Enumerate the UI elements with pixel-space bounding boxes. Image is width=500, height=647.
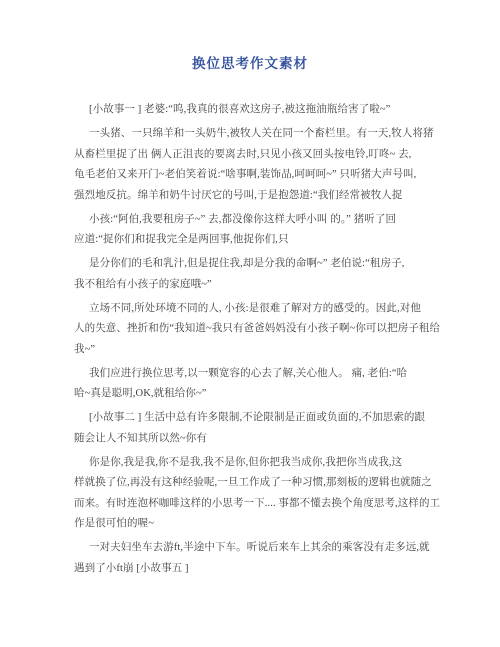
text-line: 人的失意、挫折和伤“我知道~我只有爸爸妈妈没有小孩子啊~你可以把房子租给 — [74, 319, 434, 340]
text-line: 龟毛老伯又来开门~老伯笑着说:“啥事啊,装饰品,呵呵呵~” 只听猪大声号叫, — [74, 165, 434, 186]
text-line: 立场不同,所处环境不同的人, 小孩:是很难了解对方的感受的。因此,对他 — [74, 299, 434, 320]
text-line: 作是很可怕的喔~ — [74, 514, 434, 535]
text-line: 应道:“捉你们和捉我完全是两回事,他捉你们,只 — [74, 230, 434, 251]
text-line: [小故事一 ] 老婆:“呜,我真的很喜欢这房子,被这拖油瓶给害了啦~” — [74, 100, 434, 121]
document-body: [小故事一 ] 老婆:“呜,我真的很喜欢这房子,被这拖油瓶给害了啦~”一头猪、一… — [74, 100, 434, 579]
document-title: 换位思考作文素材 — [0, 54, 500, 74]
text-line: 是分你们的毛和乳汁,但是捉住我,却是分我的命啊~” 老伯说:“租房子, — [74, 254, 434, 275]
document-page: 换位思考作文素材 [小故事一 ] 老婆:“呜,我真的很喜欢这房子,被这拖油瓶给害… — [0, 0, 500, 647]
text-line: [小故事二 ] 生活中总有许多限制,不论限制是正面或负面的,不加思索的跟 — [74, 408, 434, 429]
text-line: 而来。有时连泡杯咖啡这样的小思考一下.... 事都不懂去换个角度思考,这样的工 — [74, 494, 434, 515]
text-line: 我不租给有小孩子的家庭哦~” — [74, 275, 434, 296]
text-line: 强烈地反抗。绵羊和奶牛讨厌它的号叫,于是抱怨道:“我们经常被牧人捉 — [74, 186, 434, 207]
text-line: 一对夫妇坐车去游ft,半途中下车。听说后来车上其余的乘客没有走多远,就 — [74, 538, 434, 559]
text-line: 你是你,我是我,你不是我,我不是你,但你把我当成你,我把你当成我,这 — [74, 453, 434, 474]
text-line: 小孩:“阿伯,我要租房子~” 去,都没像你这样大呼小叫 的。” 猪听了回 — [74, 210, 434, 231]
text-line: 从畜栏里捉了出 俩人正沮丧的要离去时,只见小孩又回头按电铃,叮咚~ 去, — [74, 145, 434, 166]
text-line: 我们应进行换位思考,以一颗宽容的心去了解,关心他人。 痛, 老伯:“哈 — [74, 364, 434, 385]
text-line: 遇到了小ft崩 [小故事五 ] — [74, 559, 434, 580]
text-line: 一头猪、一只绵羊和一头奶牛,被牧人关在同一个畜栏里。有一天,牧人将猪 — [74, 124, 434, 145]
text-line: 随会让人不知其所以然~你有 — [74, 429, 434, 450]
text-line: 我~” — [74, 340, 434, 361]
text-line: 样就换了位,再没有这种经验呢,一旦工作成了一种习惯,那刻板的逻辑也就随之 — [74, 473, 434, 494]
text-line: 哈~真是聪明,OK,就租给你~” — [74, 384, 434, 405]
